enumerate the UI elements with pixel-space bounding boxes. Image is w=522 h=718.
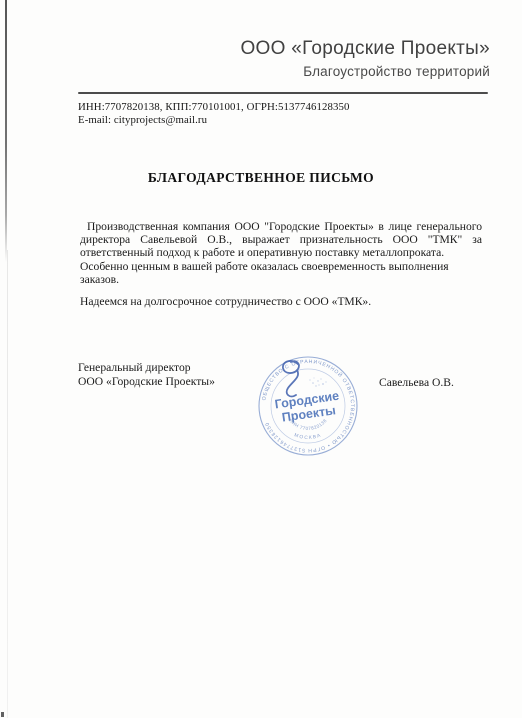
scan-artifact-left-edge bbox=[7, 250, 8, 718]
scanned-letter-page: ООО «Городские Проекты» Благоустройство … bbox=[0, 0, 522, 718]
stamp-company-name: Городские Проекты bbox=[274, 389, 342, 426]
stamp-svg: ОБЩЕСТВО С ОГРАНИЧЕННОЙ ОТВЕТСТВЕННОСТЬЮ… bbox=[255, 353, 361, 459]
body-paragraph-1: Производственная компания ООО "Городские… bbox=[80, 220, 482, 260]
letterhead: ООО «Городские Проекты» Благоустройство … bbox=[240, 38, 490, 79]
signatory-role-line1: Генеральный директор bbox=[78, 361, 215, 375]
signatory-role-line2: ООО «Городские Проекты» bbox=[78, 375, 215, 389]
signatory-name: Савельева О.В. bbox=[379, 376, 454, 389]
company-tagline: Благоустройство территорий bbox=[240, 64, 490, 79]
scan-artifact-corner-dot bbox=[1, 712, 4, 717]
body-paragraph-3: Надеемся на долгосрочное сотрудничество … bbox=[80, 295, 482, 308]
stamp-ink-smudge bbox=[309, 378, 326, 387]
scan-artifact-left-line bbox=[5, 0, 7, 262]
requisites-inn-kpp-ogrn: ИНН:7707820138, КПП:770101001, ОГРН:5137… bbox=[78, 101, 349, 114]
letter-title: БЛАГОДАРСТВЕННОЕ ПИСЬМО bbox=[0, 170, 522, 186]
stamp-city-arc: МОСКВА bbox=[293, 432, 322, 441]
body-paragraph-2: Особенно ценным в вашей работе оказалась… bbox=[80, 260, 482, 286]
letterhead-divider bbox=[78, 92, 488, 94]
signature-role-block: Генеральный директор ООО «Городские Прое… bbox=[78, 361, 215, 389]
letter-body: Производственная компания ООО "Городские… bbox=[80, 220, 482, 308]
company-name: ООО «Городские Проекты» bbox=[240, 38, 490, 60]
company-requisites: ИНН:7707820138, КПП:770101001, ОГРН:5137… bbox=[78, 101, 349, 126]
company-stamp: ОБЩЕСТВО С ОГРАНИЧЕННОЙ ОТВЕТСТВЕННОСТЬЮ… bbox=[255, 353, 361, 459]
requisites-email: E-mail: cityprojects@mail.ru bbox=[78, 114, 349, 127]
